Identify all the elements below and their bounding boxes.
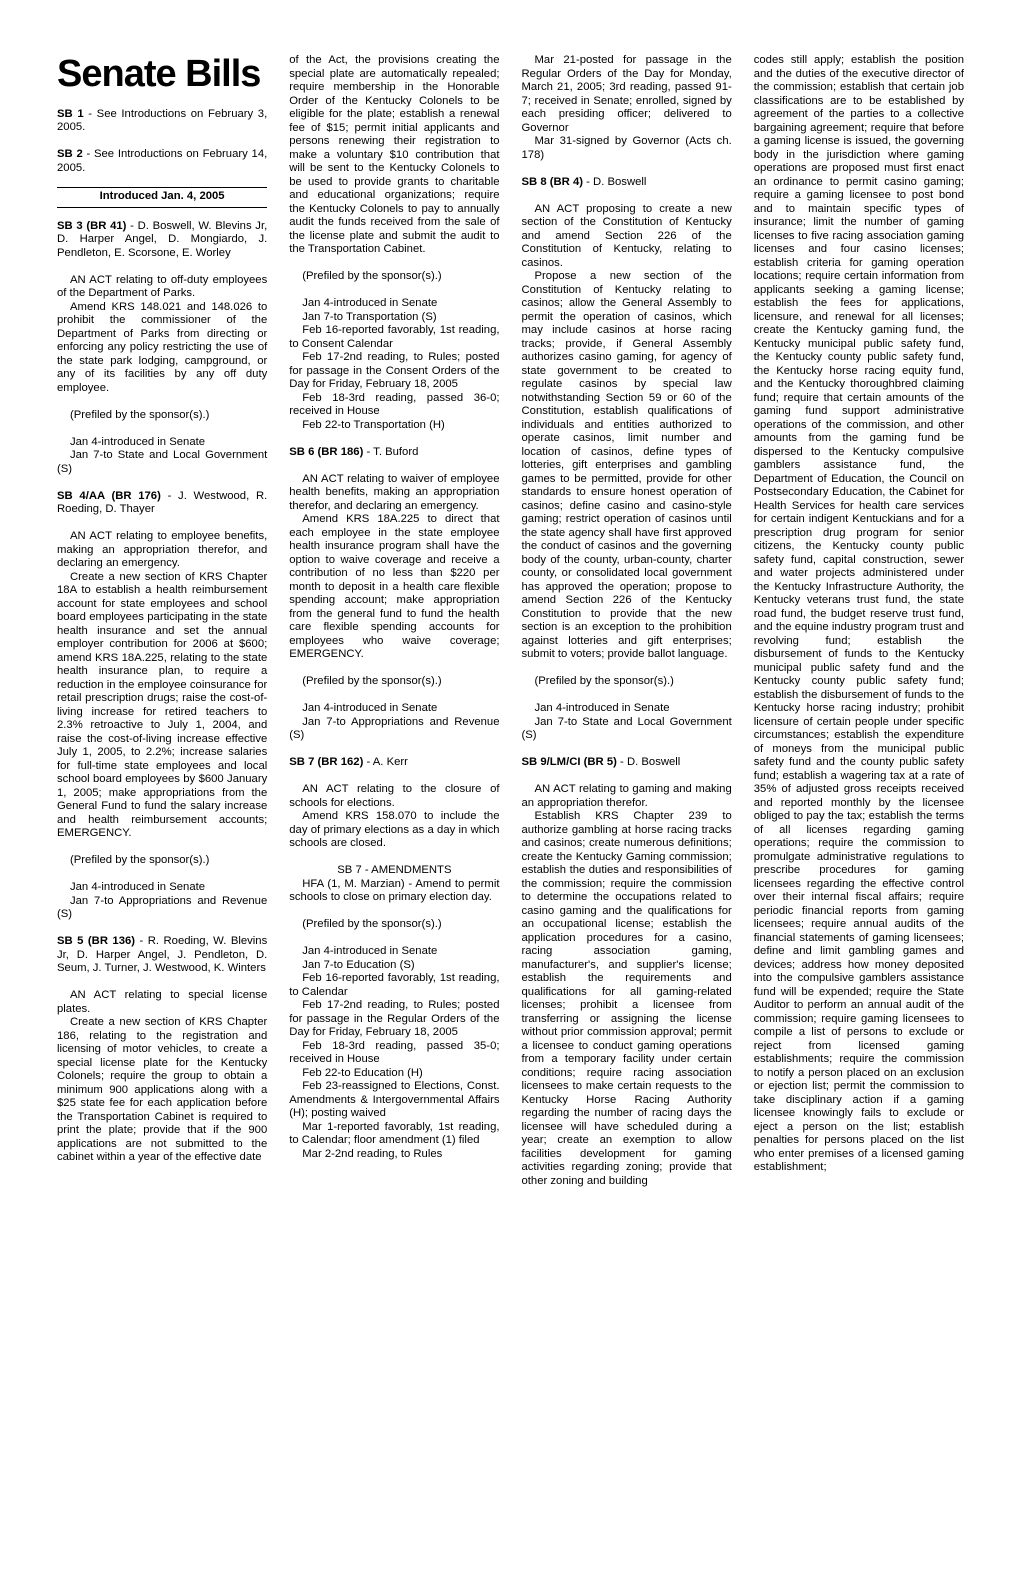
- amendments-header: SB 7 - AMENDMENTS: [289, 864, 499, 878]
- column-3: Mar 21-posted for passage in the Regular…: [522, 54, 732, 1188]
- bill-number: SB 3 (BR 41): [57, 220, 126, 232]
- introduced-date-header: Introduced Jan. 4, 2005: [57, 187, 267, 208]
- paragraph: Mar 1-reported favorably, 1st reading, t…: [289, 1121, 499, 1148]
- paragraph: Create a new section of KRS Chapter 18A …: [57, 571, 267, 841]
- bill-header-text: - D. Boswell: [583, 176, 646, 188]
- bill-header: SB 1 - See Introductions on February 3, …: [57, 108, 267, 135]
- paragraph: Feb 17-2nd reading, to Rules; posted for…: [289, 999, 499, 1040]
- bill-number: SB 1: [57, 108, 84, 120]
- paragraph: Jan 4-introduced in Senate: [57, 436, 267, 450]
- paragraph: Jan 4-introduced in Senate: [57, 881, 267, 895]
- bill-header-text: - D. Boswell: [617, 756, 680, 768]
- paragraph: AN ACT proposing to create a new section…: [522, 203, 732, 271]
- paragraph: Feb 18-3rd reading, passed 36-0; receive…: [289, 392, 499, 419]
- bill-header: SB 5 (BR 136) - R. Roeding, W. Blevins J…: [57, 935, 267, 976]
- columns-container: Senate BillsSB 1 - See Introductions on …: [57, 54, 964, 1188]
- paragraph: Propose a new section of the Constitutio…: [522, 270, 732, 662]
- paragraph: (Prefiled by the sponsor(s).): [522, 675, 732, 689]
- bill-header-text: - See Introductions on February 3, 2005.: [57, 108, 267, 134]
- paragraph: AN ACT relating to special license plate…: [57, 989, 267, 1016]
- paragraph: (Prefiled by the sponsor(s).): [289, 918, 499, 932]
- paragraph-continuation: codes still apply; establish the positio…: [754, 54, 964, 1175]
- paragraph: Create a new section of KRS Chapter 186,…: [57, 1016, 267, 1165]
- bill-number: SB 5 (BR 136): [57, 935, 135, 947]
- bill-number: SB 9/LM/CI (BR 5): [522, 756, 617, 768]
- paragraph: Amend KRS 148.021 and 148.026 to prohibi…: [57, 301, 267, 396]
- column-2: of the Act, the provisions creating the …: [289, 54, 499, 1188]
- paragraph: Jan 7-to State and Local Government (S): [57, 449, 267, 476]
- bill-header: SB 2 - See Introductions on February 14,…: [57, 148, 267, 175]
- paragraph-continuation: of the Act, the provisions creating the …: [289, 54, 499, 257]
- bill-number: SB 7 (BR 162): [289, 756, 363, 768]
- paragraph: (Prefiled by the sponsor(s).): [289, 675, 499, 689]
- bill-header: SB 8 (BR 4) - D. Boswell: [522, 176, 732, 190]
- bill-header: SB 4/AA (BR 176) - J. Westwood, R. Roedi…: [57, 490, 267, 517]
- paragraph: Jan 4-introduced in Senate: [289, 297, 499, 311]
- paragraph: HFA (1, M. Marzian) - Amend to permit sc…: [289, 878, 499, 905]
- bill-header: SB 7 (BR 162) - A. Kerr: [289, 756, 499, 770]
- bill-header-text: - A. Kerr: [363, 756, 408, 768]
- column-1: Senate BillsSB 1 - See Introductions on …: [57, 54, 267, 1188]
- paragraph: Amend KRS 18A.225 to direct that each em…: [289, 513, 499, 662]
- paragraph: AN ACT relating to employee benefits, ma…: [57, 530, 267, 571]
- paragraph: Jan 7-to Transportation (S): [289, 311, 499, 325]
- page-title: Senate Bills: [57, 54, 267, 94]
- paragraph: Establish KRS Chapter 239 to authorize g…: [522, 810, 732, 1188]
- paragraph: Jan 7-to Appropriations and Revenue (S): [57, 895, 267, 922]
- paragraph: Amend KRS 158.070 to include the day of …: [289, 810, 499, 851]
- paragraph: Mar 31-signed by Governor (Acts ch. 178): [522, 135, 732, 162]
- paragraph: AN ACT relating to gaming and making an …: [522, 783, 732, 810]
- paragraph: AN ACT relating to waiver of employee he…: [289, 473, 499, 514]
- paragraph: (Prefiled by the sponsor(s).): [57, 854, 267, 868]
- paragraph: AN ACT relating to off-duty employees of…: [57, 274, 267, 301]
- paragraph: (Prefiled by the sponsor(s).): [289, 270, 499, 284]
- bill-number: SB 8 (BR 4): [522, 176, 584, 188]
- bill-number: SB 4/AA (BR 176): [57, 490, 161, 502]
- paragraph: Feb 22-to Education (H): [289, 1067, 499, 1081]
- bill-header-text: - See Introductions on February 14, 2005…: [57, 148, 267, 174]
- bill-number: SB 6 (BR 186): [289, 446, 363, 458]
- bill-number: SB 2: [57, 148, 83, 160]
- bill-header: SB 6 (BR 186) - T. Buford: [289, 446, 499, 460]
- paragraph: Jan 4-introduced in Senate: [289, 945, 499, 959]
- paragraph: Mar 21-posted for passage in the Regular…: [522, 54, 732, 135]
- bill-header: SB 3 (BR 41) - D. Boswell, W. Blevins Jr…: [57, 220, 267, 261]
- paragraph: Feb 18-3rd reading, passed 35-0; receive…: [289, 1040, 499, 1067]
- paragraph: Jan 4-introduced in Senate: [289, 702, 499, 716]
- paragraph: AN ACT relating to the closure of school…: [289, 783, 499, 810]
- column-4: codes still apply; establish the positio…: [754, 54, 964, 1188]
- paragraph: Jan 7-to State and Local Government (S): [522, 716, 732, 743]
- paragraph: Feb 16-reported favorably, 1st reading, …: [289, 324, 499, 351]
- paragraph: Feb 22-to Transportation (H): [289, 419, 499, 433]
- paragraph: Feb 17-2nd reading, to Rules; posted for…: [289, 351, 499, 392]
- paragraph: Jan 4-introduced in Senate: [522, 702, 732, 716]
- bill-header-text: - T. Buford: [363, 446, 418, 458]
- bill-header: SB 9/LM/CI (BR 5) - D. Boswell: [522, 756, 732, 770]
- paragraph: Feb 23-reassigned to Elections, Const. A…: [289, 1080, 499, 1121]
- paragraph: Feb 16-reported favorably, 1st reading, …: [289, 972, 499, 999]
- paragraph: (Prefiled by the sponsor(s).): [57, 409, 267, 423]
- paragraph: Jan 7-to Appropriations and Revenue (S): [289, 716, 499, 743]
- paragraph: Jan 7-to Education (S): [289, 959, 499, 973]
- document-page: Senate BillsSB 1 - See Introductions on …: [0, 0, 1020, 1576]
- paragraph: Mar 2-2nd reading, to Rules: [289, 1148, 499, 1162]
